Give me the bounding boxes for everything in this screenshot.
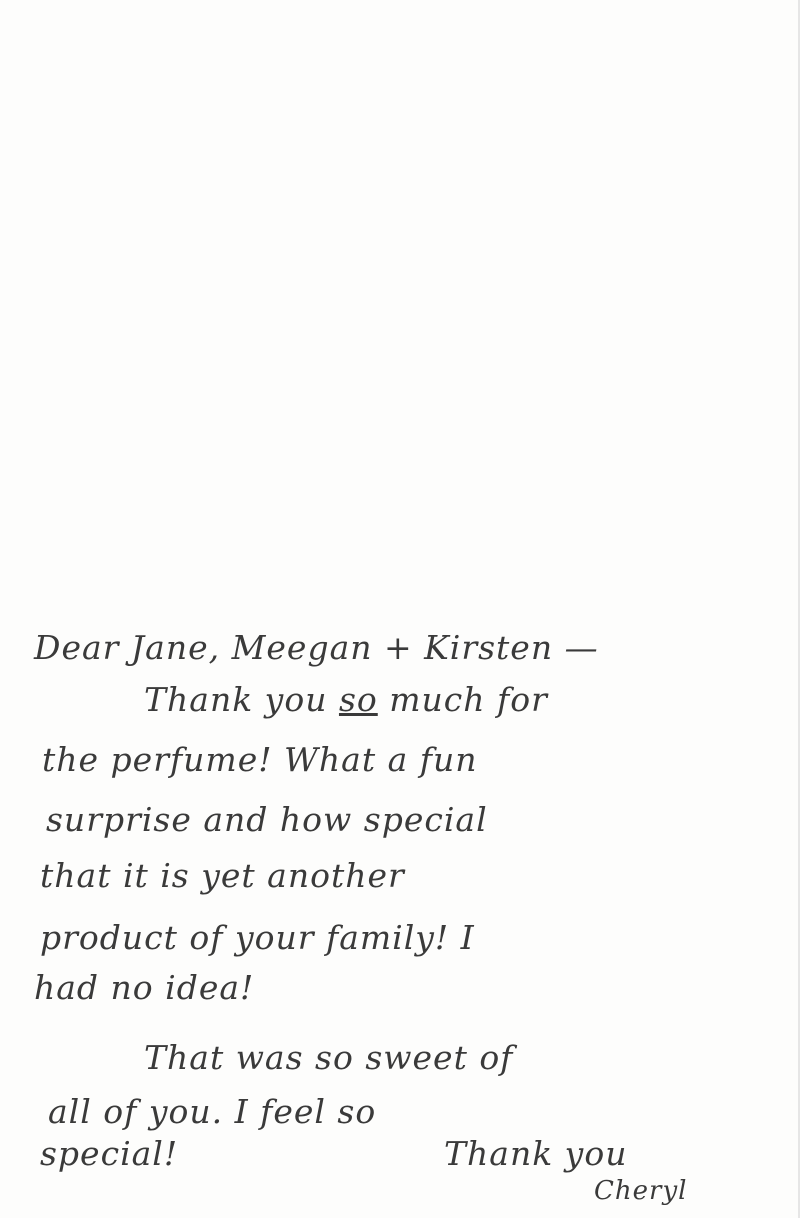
letter-line-2: the perfume! What a fun	[42, 740, 477, 779]
faint-bleed-through	[40, 120, 740, 380]
salutation: Dear Jane, Meegan + Kirsten —	[34, 628, 599, 667]
letter-line-6: had no idea!	[34, 968, 254, 1007]
letter-line-5: product of your family! I	[40, 918, 475, 957]
note-card: Dear Jane, Meegan + Kirsten — Thank you …	[0, 0, 800, 1218]
letter-line-8: all of you. I feel so	[48, 1092, 376, 1131]
letter-line-1: Thank you so much for	[144, 680, 548, 719]
signature: Cheryl	[594, 1176, 687, 1206]
letter-line-7: That was so sweet of	[144, 1038, 513, 1077]
letter-line-9: special!	[40, 1134, 178, 1173]
closing: Thank you	[444, 1134, 627, 1173]
emphasis-so: so	[339, 680, 378, 719]
letter-line-4: that it is yet another	[40, 856, 405, 895]
letter-line-3: surprise and how special	[46, 800, 488, 839]
